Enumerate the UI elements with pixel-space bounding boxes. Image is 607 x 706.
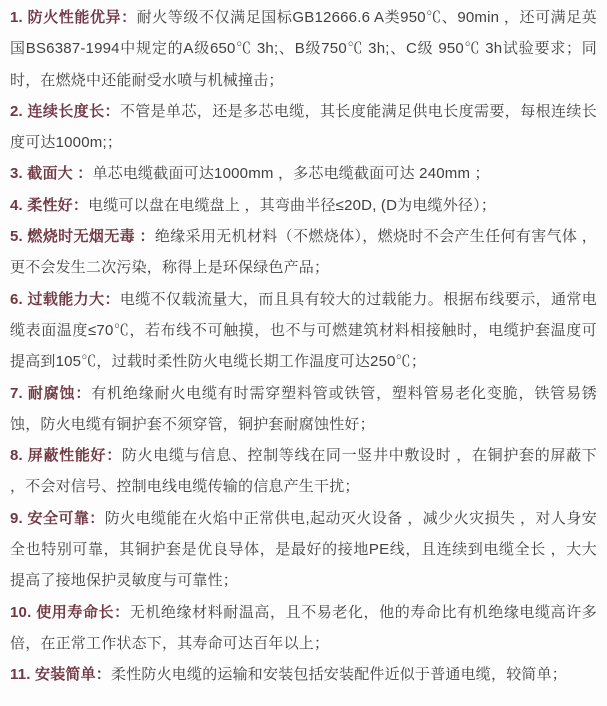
feature-text: 电缆可以盘在电缆盘上 ，其弯曲半径≤20D, (D为电缆外径）； (88, 197, 496, 214)
feature-text: 单芯电缆截面可达1000mm ，多芯电缆截面可达 240mm ； (92, 165, 489, 182)
feature-item: 7. 耐腐蚀：有机绝缘耐火电缆有时需穿塑料管或铁管，塑料管易老化变脆，铁管易锈蚀… (10, 378, 597, 441)
feature-text: 柔性防火电缆的运输和安装包括安装配件近似于普通电缆，较简单； (111, 666, 567, 683)
feature-text: 有机绝缘耐火电缆有时需穿塑料管或铁管，塑料管易老化变脆，铁管易锈蚀，防火电缆有铜… (10, 385, 597, 433)
feature-item: 1. 防火性能优异：耐火等级不仅满足国标GB12666.6 A类950℃、90m… (10, 2, 597, 96)
feature-item: 11. 安装简单：柔性防火电缆的运输和安装包括安装配件近似于普通电缆，较简单； (10, 659, 597, 690)
feature-title: 3. 截面大 ： (10, 165, 92, 182)
feature-title: 5. 燃烧时无烟无毒 ： (10, 228, 155, 245)
feature-title: 2. 连续长度长： (10, 103, 120, 120)
feature-title: 8. 屏蔽性能好： (10, 447, 122, 464)
feature-item: 2. 连续长度长：不管是单芯，还是多芯电缆，其长度能满足供电长度需要，每根连续长… (10, 96, 597, 159)
feature-item: 4. 柔性好：电缆可以盘在电缆盘上 ，其弯曲半径≤20D, (D为电缆外径）； (10, 190, 597, 221)
feature-title: 7. 耐腐蚀： (10, 385, 91, 402)
feature-title: 10. 使用寿命长： (10, 604, 130, 621)
feature-title: 11. 安装简单： (10, 666, 111, 683)
fireproof-cable-feature-list: 1. 防火性能优异：耐火等级不仅满足国标GB12666.6 A类950℃、90m… (0, 0, 607, 691)
feature-title: 6. 过载能力大： (10, 291, 120, 308)
feature-item: 9. 安全可靠：防火电缆能在火焰中正常供电,起动灭火设备 ，减少火灾损失 ，对人… (10, 503, 597, 597)
feature-item: 8. 屏蔽性能好：防火电缆与信息、控制等线在同一竖井中敷设时 ，在铜护套的屏蔽下… (10, 440, 597, 503)
feature-item: 6. 过载能力大：电缆不仅载流量大，而且具有较大的过载能力。根据布线要示，通常电… (10, 284, 597, 378)
feature-item: 5. 燃烧时无烟无毒 ：绝缘采用无机材料（不燃烧体），燃烧时不会产生任何有害气体… (10, 221, 597, 284)
feature-item: 10. 使用寿命长：无机绝缘材料耐温高，且不易老化，他的寿命比有机绝缘电缆高许多… (10, 597, 597, 660)
feature-title: 9. 安全可靠： (10, 510, 105, 527)
feature-title: 4. 柔性好： (10, 197, 88, 214)
feature-title: 1. 防火性能优异： (10, 9, 137, 26)
feature-item: 3. 截面大 ：单芯电缆截面可达1000mm ，多芯电缆截面可达 240mm ； (10, 158, 597, 189)
